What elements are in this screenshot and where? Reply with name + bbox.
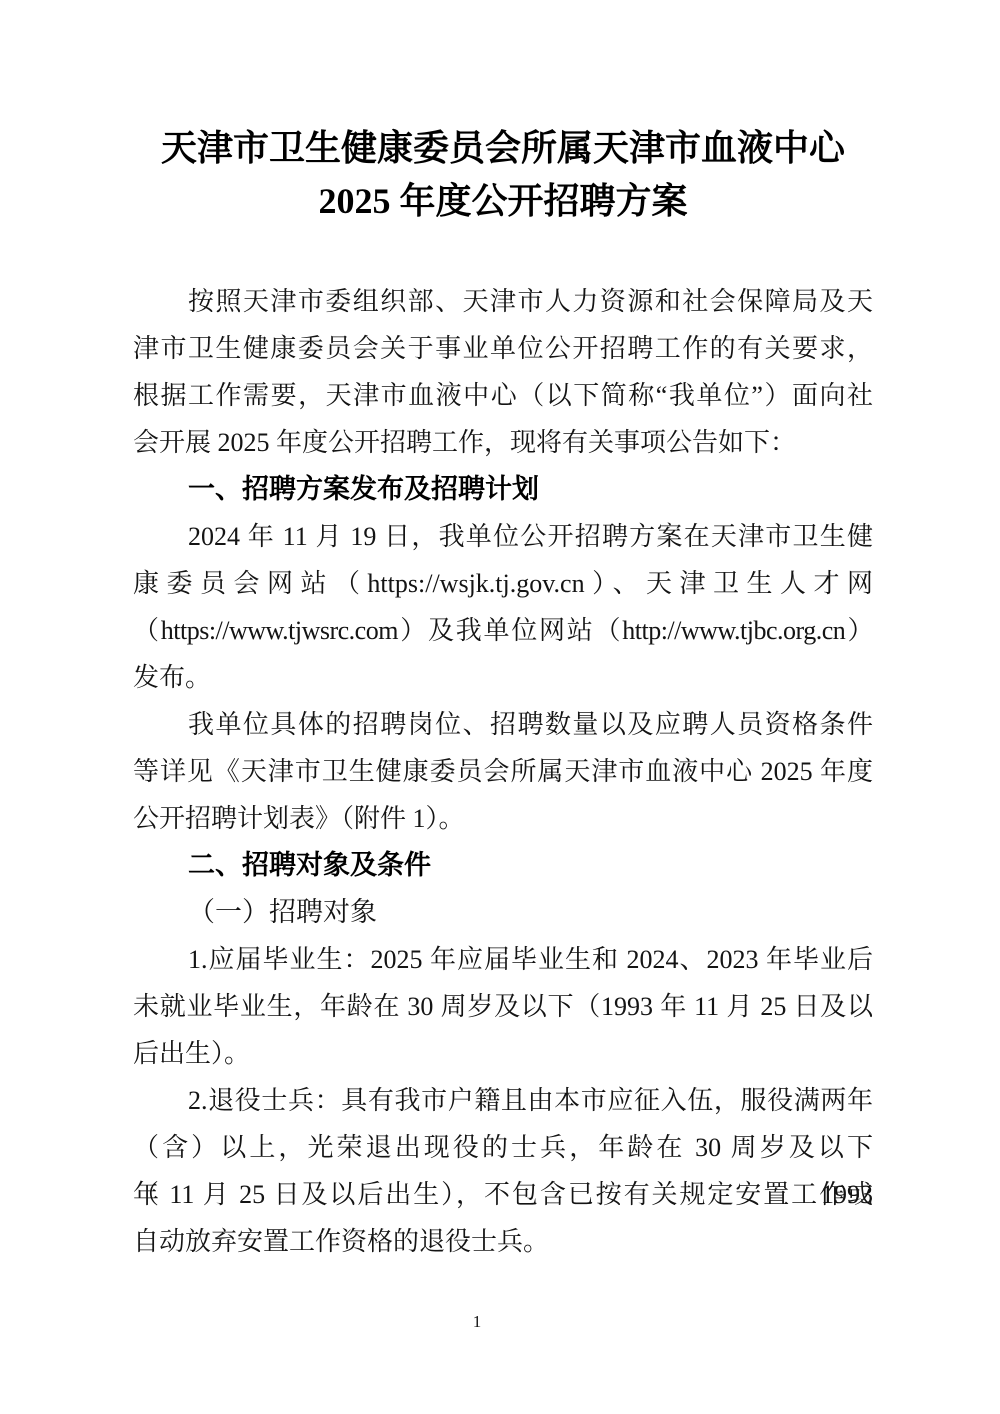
document-page: 天津市卫生健康委员会所属天津市血液中心 2025 年度公开招聘方案 按照天津市委… xyxy=(0,0,1000,1414)
doc-body: 按照天津市委组织部、天津市人力资源和社会保障局及天 津市卫生健康委员会关于事业单… xyxy=(133,278,873,1265)
body-line: 会开展 2025 年度公开招聘工作，现将有关事项公告如下： xyxy=(133,419,873,466)
subsection-heading-recruitment-targets: （一）招聘对象 xyxy=(133,889,873,936)
section-heading-recruitment-plan: 一、招聘方案发布及招聘计划 xyxy=(133,466,873,513)
body-line-urls: （https://www.tjwsrc.com）及我单位网站（http://ww… xyxy=(133,607,873,654)
doc-title-line1: 天津市卫生健康委员会所属天津市血液中心 xyxy=(133,122,873,175)
body-line: 年 11 月 25 日及以后出生），不包含已按有关规定安置工作或 xyxy=(133,1171,873,1218)
document-content: 天津市卫生健康委员会所属天津市血液中心 2025 年度公开招聘方案 按照天津市委… xyxy=(133,0,873,1265)
body-line: 后出生）。 xyxy=(133,1030,873,1077)
body-line: 按照天津市委组织部、天津市人力资源和社会保障局及天 xyxy=(133,278,873,325)
body-line: 2.退役士兵：具有我市户籍且由本市应征入伍，服役满两年 xyxy=(133,1077,873,1124)
section-heading-targets-conditions: 二、招聘对象及条件 xyxy=(133,842,873,889)
body-line: 发布。 xyxy=(133,654,873,701)
body-line: 根据工作需要，天津市血液中心（以下简称“我单位”）面向社 xyxy=(133,372,873,419)
body-line: 康委员会网站（https://wsjk.tj.gov.cn）、天津卫生人才网 xyxy=(133,560,873,607)
body-line: 1.应届毕业生：2025 年应届毕业生和 2024、2023 年毕业后 xyxy=(133,936,873,983)
doc-title: 天津市卫生健康委员会所属天津市血液中心 2025 年度公开招聘方案 xyxy=(133,122,873,228)
body-line: （含）以上，光荣退出现役的士兵，年龄在 30 周岁及以下（1993 xyxy=(133,1124,873,1171)
body-line: 自动放弃安置工作资格的退役士兵。 xyxy=(133,1218,873,1265)
body-line: 公开招聘计划表》（附件 1）。 xyxy=(133,795,873,842)
page-footer: 1 xyxy=(0,1312,1000,1332)
body-line: 等详见《天津市卫生健康委员会所属天津市血液中心 2025 年度 xyxy=(133,748,873,795)
doc-title-line2: 2025 年度公开招聘方案 xyxy=(133,175,873,228)
body-line: 2024 年 11 月 19 日，我单位公开招聘方案在天津市卫生健 xyxy=(133,513,873,560)
page-number: 1 xyxy=(473,1312,482,1331)
body-line: 我单位具体的招聘岗位、招聘数量以及应聘人员资格条件 xyxy=(133,701,873,748)
body-line: 津市卫生健康委员会关于事业单位公开招聘工作的有关要求， xyxy=(133,325,873,372)
body-line: 未就业毕业生，年龄在 30 周岁及以下（1993 年 11 月 25 日及以 xyxy=(133,983,873,1030)
